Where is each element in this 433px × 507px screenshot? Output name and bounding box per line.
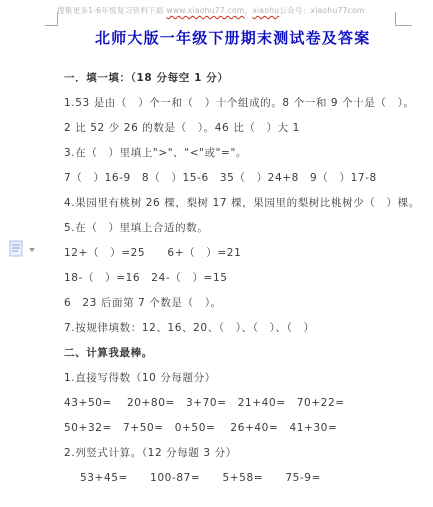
chevron-down-icon [29, 248, 35, 252]
paste-options-button[interactable] [9, 240, 37, 260]
document-body: 一．填一填：（18 分每空 1 分） 1.53 是由（ ）个一和（ ）十个组成的… [64, 66, 425, 491]
equation-line: 53+45= 100-87= 5+58= 75-9= [64, 466, 425, 491]
equation-line: 12+（ ）=25 6+（ ）=21 [64, 241, 425, 266]
document-page: 搜集更多1-6年级复习资料下载 www.xiaohu77.com，xiaohu公… [0, 0, 433, 507]
watermark-account-suffix: 公众号：xiaohu77com [279, 6, 364, 15]
question-line: 7.按规律填数：12、16、20、（ ）、（ ）、（ ） [64, 316, 425, 341]
equation-line: 18-（ ）=16 24-（ ）=15 [64, 266, 425, 291]
watermark-url: www.xiaohu77.com [166, 6, 244, 15]
question-line: 2.列竖式计算。（12 分每题 3 分） [64, 441, 425, 466]
equation-line: 43+50= 20+80= 3+70= 21+40= 70+22= [64, 391, 425, 416]
watermark-account: xiaohu [252, 6, 279, 15]
question-line: 1.直接写得数（10 分每题分） [64, 366, 425, 391]
equation-line: 50+32= 7+50= 0+50= 26+40= 41+30= [64, 416, 425, 441]
question-line: 4.果园里有桃树 26 棵，梨树 17 棵，果园里的梨树比桃树少（ ）棵。 [64, 191, 425, 216]
margin-crop-mark-left [45, 12, 58, 26]
watermark-header: 搜集更多1-6年级复习资料下载 www.xiaohu77.com，xiaohu公… [57, 5, 365, 16]
margin-crop-mark-right [395, 12, 412, 26]
watermark-text: 搜集更多1-6年级复习资料下载 [57, 6, 166, 15]
section-heading: 二、计算我最棒。 [64, 341, 425, 366]
question-line: 5.在（ ）里填上合适的数。 [64, 216, 425, 241]
question-line: 3.在（ ）里填上">"、"<"或"="。 [64, 141, 425, 166]
question-line: 6 23 后面第 7 个数是（ ）。 [64, 291, 425, 316]
document-icon [9, 243, 24, 262]
question-line: 2 比 52 少 26 的数是（ ）。46 比（ ）大 1 [64, 116, 425, 141]
question-line: 1.53 是由（ ）个一和（ ）十个组成的。8 个一和 9 个十是（ ）。 [64, 91, 425, 116]
question-line: 7（ ）16-9 8（ ）15-6 35（ ）24+8 9（ ）17-8 [64, 166, 425, 191]
section-heading: 一．填一填：（18 分每空 1 分） [64, 66, 425, 91]
page-title: 北师大版一年级下册期末测试卷及答案 [95, 27, 370, 48]
